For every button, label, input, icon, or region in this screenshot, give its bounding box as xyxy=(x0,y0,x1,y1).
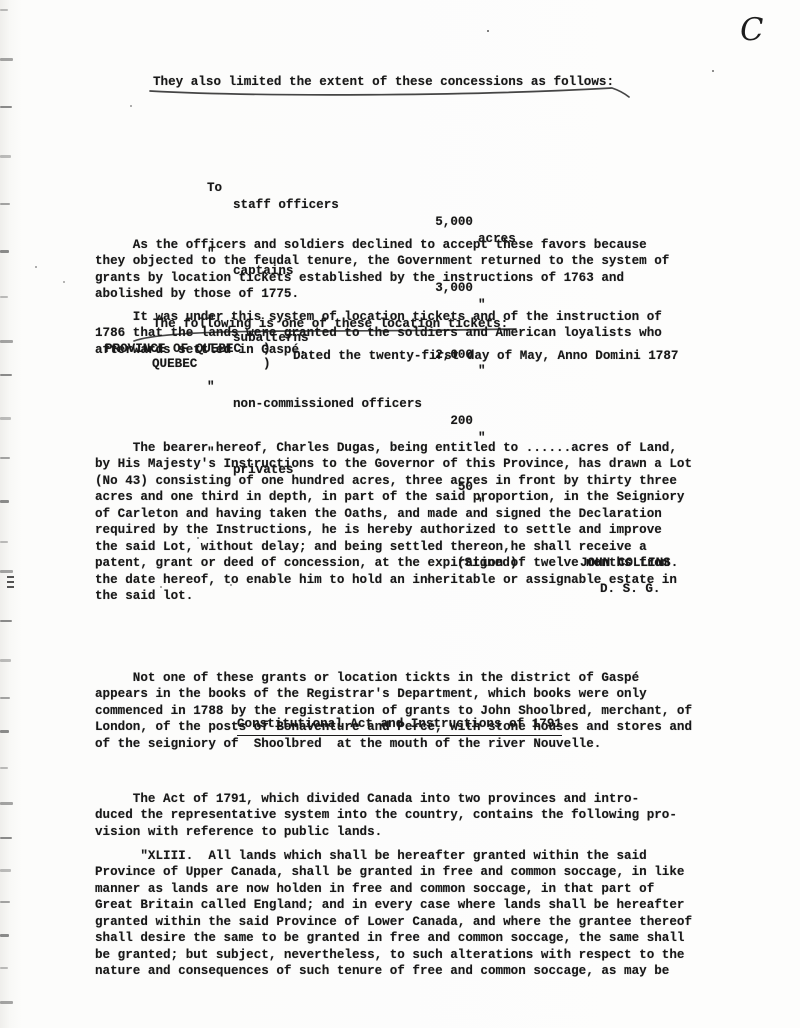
binding-mark xyxy=(0,155,11,158)
binding-mark xyxy=(0,620,12,622)
binding-mark xyxy=(0,296,8,298)
binding-mark xyxy=(0,340,13,343)
binding-mark xyxy=(0,697,10,699)
binding-mark xyxy=(0,203,10,205)
text-line: the said Lot, without delay; and being s… xyxy=(95,539,692,556)
binding-mark xyxy=(0,417,11,420)
scanned-page: C They also limited the extent of these … xyxy=(0,0,800,1028)
binding-mark xyxy=(0,659,11,662)
heading-location-ticket: The following is one of these location t… xyxy=(153,316,508,333)
ink-speck xyxy=(63,281,65,283)
text-line: manner as lands are now holden in free a… xyxy=(95,881,692,898)
signature-block: (Signed) JOHN COLLINS. D. S. G. xyxy=(95,555,715,601)
paragraph-clause-xliii: "XLIII. All lands which shall be hereaft… xyxy=(95,798,692,980)
text-line: acres and one third in depth, in part of… xyxy=(95,489,692,506)
text-line: shall desire the same to be granted in f… xyxy=(95,930,692,947)
binding-mark xyxy=(0,869,11,872)
dated-line: Dated the twenty-first day of May, Anno … xyxy=(293,348,678,365)
binding-mark xyxy=(0,374,12,376)
binding-mark xyxy=(0,802,13,805)
binding-mark xyxy=(0,837,12,839)
text-line: The bearer hereof, Charles Dugas, being … xyxy=(95,440,692,457)
concession-row: To staff officers 5,000 acres xyxy=(95,163,715,180)
binding-mark xyxy=(0,901,10,903)
binding-mark xyxy=(0,934,9,937)
binding-mark xyxy=(0,250,9,253)
province-line2: QUEBEC xyxy=(152,356,197,373)
signer-title: D. S. G. xyxy=(600,581,660,598)
text-line: granted within the said Province of Lowe… xyxy=(95,914,692,931)
heading-concessions: They also limited the extent of these co… xyxy=(153,74,614,91)
ink-speck xyxy=(35,266,37,268)
binding-mark xyxy=(0,541,8,543)
handwritten-page-letter: C xyxy=(739,12,764,49)
text-line: "XLIII. All lands which shall be hereaft… xyxy=(95,848,692,865)
binding-mark xyxy=(0,106,12,108)
text-line: by His Majesty's Instructions to the Gov… xyxy=(95,456,692,473)
text-line: As the officers and soldiers declined to… xyxy=(95,237,669,254)
typewritten-content: They also limited the extent of these co… xyxy=(95,0,715,1028)
signer-name: JOHN COLLINS. xyxy=(580,555,678,572)
text-line: Not one of these grants or location tick… xyxy=(95,670,692,687)
binding-mark xyxy=(0,58,13,61)
binding-mark xyxy=(0,767,8,769)
binding-mark xyxy=(0,9,8,11)
binding-mark xyxy=(0,500,9,503)
province-caption: PROVINCE OF QUEBEC QUEBEC ) ) Dated the … xyxy=(95,341,715,375)
signed-label: (Signed) xyxy=(457,555,517,572)
binding-mark xyxy=(0,457,10,459)
binding-mark xyxy=(0,730,9,733)
text-line: Great Britain called England; and in eve… xyxy=(95,897,692,914)
text-line: Province of Upper Canada, shall be grant… xyxy=(95,864,692,881)
binding-mark xyxy=(0,967,8,969)
text-line: required by the Instructions, he is here… xyxy=(95,522,692,539)
brace-bottom: ) xyxy=(263,356,271,373)
text-line: nature and consequences of such tenure o… xyxy=(95,963,692,980)
edge-smudge xyxy=(7,573,14,588)
binding-mark xyxy=(0,1001,13,1004)
text-line: of Carleton and having taken the Oaths, … xyxy=(95,506,692,523)
text-line: appears in the books of the Registrar's … xyxy=(95,686,692,703)
text-line: be granted; but subject, nevertheless, t… xyxy=(95,947,692,964)
heading-constitutional-act: Constitutional Act and Instructions of 1… xyxy=(237,716,562,736)
text-line: (No 43) consisting of one hundred acres,… xyxy=(95,473,692,490)
